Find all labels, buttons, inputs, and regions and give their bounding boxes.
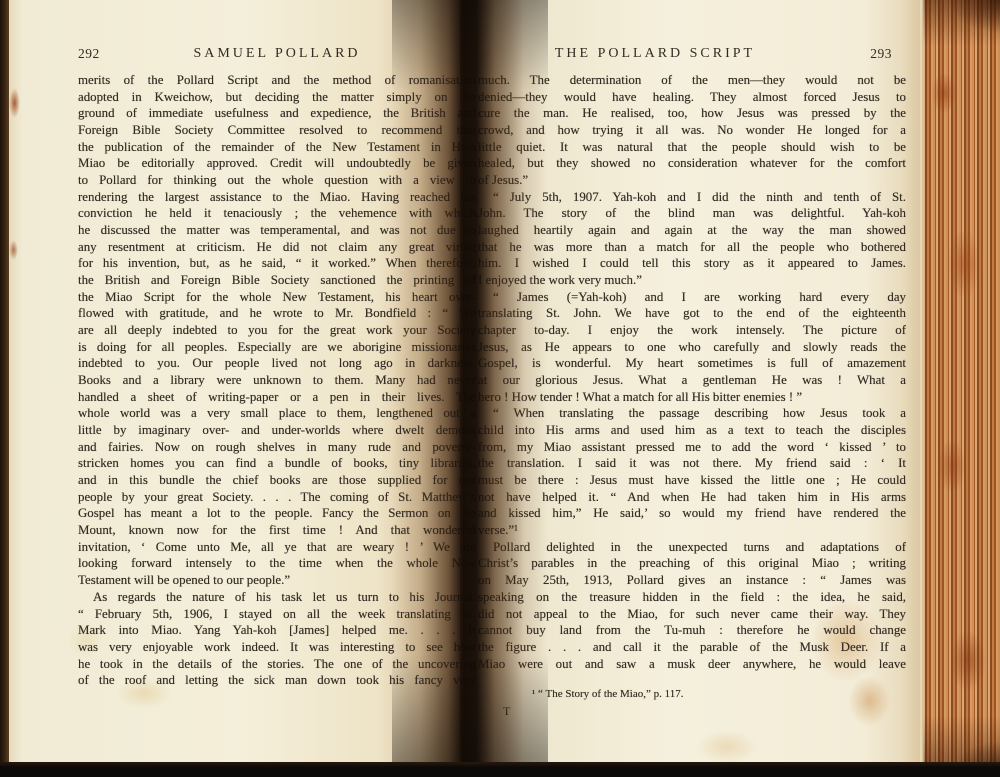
text-line: “ February 5th, 1906, I stayed on all th…	[78, 606, 476, 623]
text-line: people by your great Society. . . . The …	[78, 489, 476, 506]
text-line: of the roof and letting the sick man dow…	[78, 672, 476, 689]
text-line: Gospel has meant a lot to the people. Fa…	[78, 505, 476, 522]
paragraph: “ When translating the passage describin…	[478, 405, 906, 538]
text-line: hero ! How tender ! What a match for all…	[478, 389, 906, 406]
text-line: any resentment at criticism. He did not …	[78, 239, 476, 256]
text-line: to Pollard for thinking out the whole qu…	[78, 172, 476, 189]
text-line: and in this bundle the chief books are t…	[78, 472, 476, 489]
text-line: from, my Miao assistant pressed me to ad…	[478, 439, 906, 456]
book-photo: 292 SAMUEL POLLARD THE POLLARD SCRIPT 29…	[0, 0, 1000, 777]
text-line: little quiet. It was natural that the pe…	[478, 139, 906, 156]
text-line: and kissed him,” He said,’ so would my f…	[478, 505, 906, 522]
text-line: Gospel, is wonderful. My heart sometimes…	[478, 355, 906, 372]
text-line: on May 25th, 1913, Pollard gives an inst…	[478, 572, 906, 589]
text-line: speaking on the treasure hidden in the f…	[478, 589, 906, 606]
right-page-text: much. The determination of the men—they …	[478, 72, 906, 672]
stain	[9, 240, 18, 260]
text-line: Testament will be opened to our people.”	[78, 572, 476, 589]
paragraph: “ July 5th, 1907. Yah-koh and I did the …	[478, 189, 906, 289]
left-page-text: merits of the Pollard Script and the met…	[78, 72, 476, 689]
text-line: healed, but they showed no consideration…	[478, 155, 906, 172]
text-line: are all deeply indebted to you for the g…	[78, 322, 476, 339]
right-running-header: THE POLLARD SCRIPT	[478, 46, 832, 62]
text-line: looking forward intensely to the time wh…	[78, 555, 476, 572]
text-line: stricken homes you can find a bundle of …	[78, 455, 476, 472]
text-line: the publication of the remainder of the …	[78, 139, 476, 156]
text-line: indebted to you. Our people lived not lo…	[78, 355, 476, 372]
paragraph: As regards the nature of his task let us…	[78, 589, 476, 689]
left-page-header: 292 SAMUEL POLLARD	[78, 46, 476, 66]
text-line: is doing for all peoples. Especially are…	[78, 339, 476, 356]
left-running-header: SAMUEL POLLARD	[78, 46, 476, 62]
text-line: and fairies. Now on rough shelves in man…	[78, 439, 476, 456]
text-line: cure the man. He realised, too, how Jesu…	[478, 105, 906, 122]
text-line: he discussed the matter was temperamenta…	[78, 222, 476, 239]
text-line: whole world was a very small place to th…	[78, 405, 476, 422]
text-line: “ When translating the passage describin…	[478, 405, 906, 422]
text-line: was very enjoyable work indeed. It was i…	[78, 639, 476, 656]
text-line: I enjoyed the work very much.”	[478, 272, 906, 289]
text-line: laughed heartily again and again at the …	[478, 222, 906, 239]
text-line: translating St. John. We have got to the…	[478, 305, 906, 322]
paragraph: “ James (=Yah-koh) and I are working har…	[478, 289, 906, 406]
text-line: Jesus, as He appears to one who carefull…	[478, 339, 906, 356]
text-line: child into His arms and used him as a te…	[478, 422, 906, 439]
text-line: Books and a library were unknown to them…	[78, 372, 476, 389]
text-line: ground of immediate usefulness and exped…	[78, 105, 476, 122]
text-line: Mark into Miao. Yang Yah-koh [James] hel…	[78, 622, 476, 639]
text-line: little by imaginary over- and under-worl…	[78, 422, 476, 439]
text-line: the translation. I said it was not there…	[478, 455, 906, 472]
text-line: Miao were out and saw a musk deer anywhe…	[478, 656, 906, 673]
paragraph: merits of the Pollard Script and the met…	[78, 72, 476, 589]
text-line: cannot buy land from the Tu-muh : theref…	[478, 622, 906, 639]
text-line: Mount, known now for the first time ! An…	[78, 522, 476, 539]
text-line: chapter to-day. I enjoy the work intense…	[478, 322, 906, 339]
bottom-board-edge	[0, 762, 1000, 777]
text-line: Pollard delighted in the unexpected turn…	[478, 539, 906, 556]
text-line: Christ’s parables in the preaching of th…	[478, 555, 906, 572]
text-line: verse.”¹	[478, 522, 906, 539]
right-page-header: THE POLLARD SCRIPT 293	[478, 46, 906, 66]
text-line: merits of the Pollard Script and the met…	[78, 72, 476, 89]
text-line: much. The determination of the men—they …	[478, 72, 906, 89]
text-line: must be there : Jesus must have kissed t…	[478, 472, 906, 489]
paragraph: much. The determination of the men—they …	[478, 72, 906, 189]
text-line: that he was more than a match for all th…	[478, 239, 906, 256]
text-line: flowed with gratitude, and he wrote to M…	[78, 305, 476, 322]
text-line: Foreign Bible Society Committee resolved…	[78, 122, 476, 139]
text-line: did not appeal to the Miao, for such nev…	[478, 606, 906, 623]
fore-edge-pages	[920, 0, 1000, 777]
text-line: the Miao Script for the whole New Testam…	[78, 289, 476, 306]
text-line: he took in the details of the stories. T…	[78, 656, 476, 673]
paragraph: Pollard delighted in the unexpected turn…	[478, 539, 906, 672]
text-line: adopted in Kweichow, but deciding the ma…	[78, 89, 476, 106]
footnote: ¹ “ The Story of the Miao,” p. 117.	[532, 688, 683, 700]
text-line: denied—they would have healing. They alm…	[478, 89, 906, 106]
text-line: of Jesus.”	[478, 172, 906, 189]
text-line: invitation, ‘ Come unto Me, all ye that …	[78, 539, 476, 556]
text-line: John. The story of the blind man was del…	[478, 205, 906, 222]
text-line: not have helped it. “ And when He had ta…	[478, 489, 906, 506]
text-line: “ James (=Yah-koh) and I are working har…	[478, 289, 906, 306]
right-page-number: 293	[870, 46, 892, 62]
text-line: rendering the largest assistance to the …	[78, 189, 476, 206]
text-line: Miao be editorially approved. Credit wil…	[78, 155, 476, 172]
text-line: conviction he held it tenaciously ; the …	[78, 205, 476, 222]
text-line: handled a sheet of writing-paper or a pe…	[78, 389, 476, 406]
text-line: the British and Foreign Bible Society sa…	[78, 272, 476, 289]
text-line: at our glorious Jesus. What a gentleman …	[478, 372, 906, 389]
text-line: him. I wished I could tell this story as…	[478, 255, 906, 272]
text-line: the figure . . . and call it the parable…	[478, 639, 906, 656]
printer-signature-mark: T	[503, 704, 510, 719]
text-line: for his invention, but, as he said, “ it…	[78, 255, 476, 272]
stain	[9, 88, 20, 118]
text-line: “ July 5th, 1907. Yah-koh and I did the …	[478, 189, 906, 206]
left-board-edge	[0, 0, 9, 762]
text-line: As regards the nature of his task let us…	[78, 589, 476, 606]
text-line: crowd, and how trying it all was. No won…	[478, 122, 906, 139]
